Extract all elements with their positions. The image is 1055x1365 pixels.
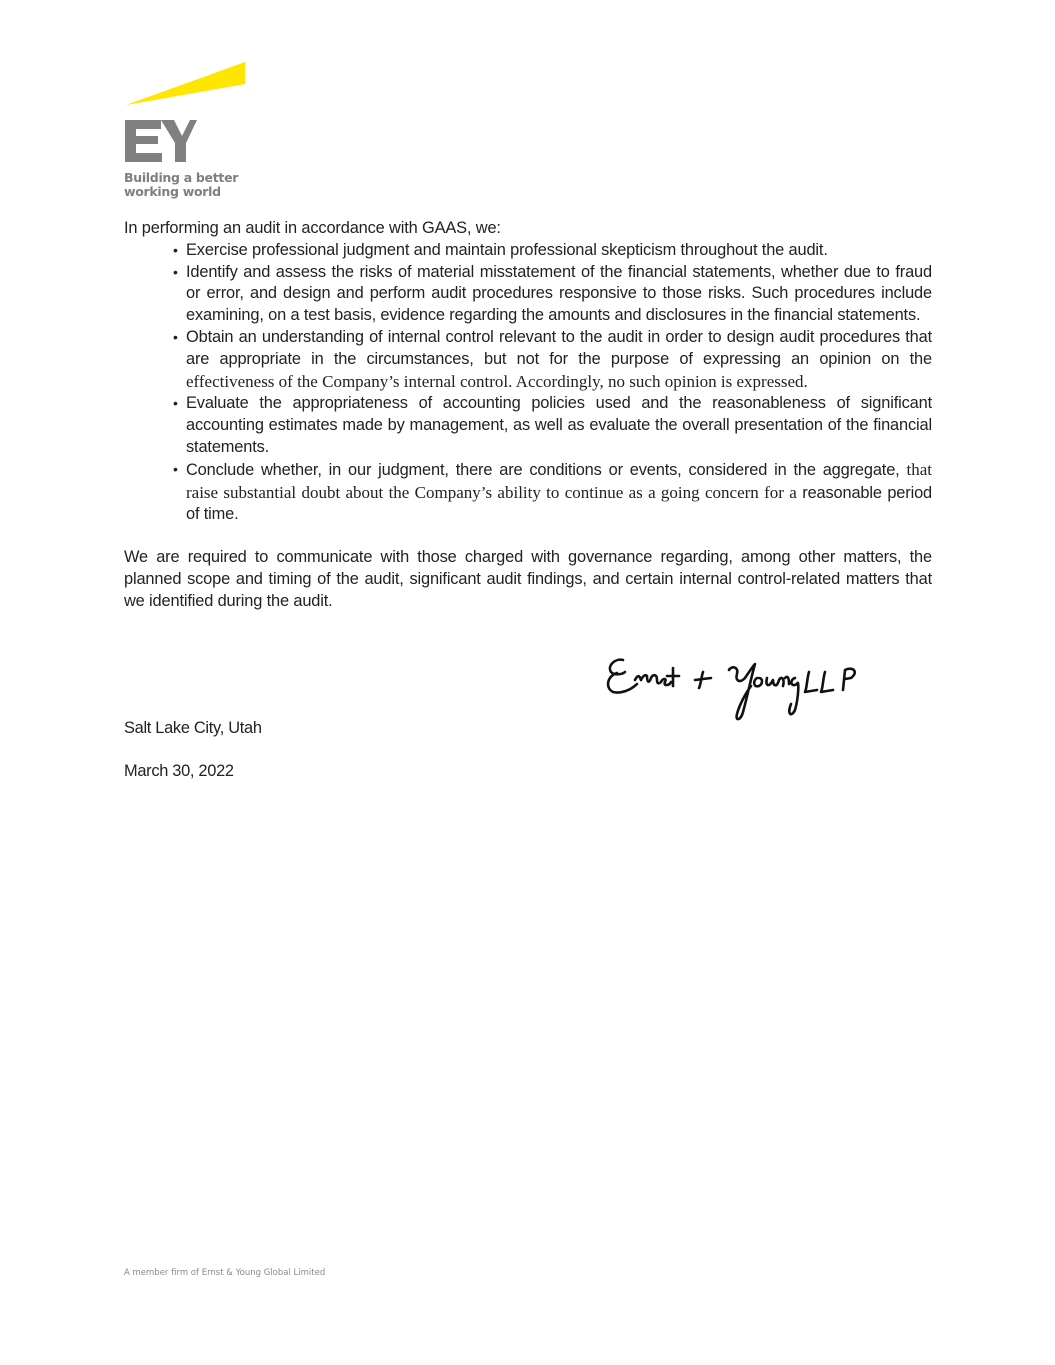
audit-procedures-list: Exercise professional judgment and maint… <box>124 240 932 526</box>
list-item-text: Evaluate the appropriateness of accounti… <box>186 394 932 456</box>
list-item: Evaluate the appropriateness of accounti… <box>186 393 932 458</box>
report-date: March 30, 2022 <box>124 762 234 781</box>
intro-text: In performing an audit in accordance wit… <box>124 218 932 240</box>
tagline-line-2: working world <box>124 185 238 199</box>
list-item-text: Identify and assess the risks of materia… <box>186 263 932 325</box>
closing-paragraph: We are required to communicate with thos… <box>124 547 932 612</box>
list-item: Obtain an understanding of internal cont… <box>186 327 932 393</box>
list-item: Identify and assess the risks of materia… <box>186 262 932 327</box>
list-item: Exercise professional judgment and maint… <box>186 240 932 262</box>
signature-icon <box>603 648 883 730</box>
ey-logo-icon <box>124 60 254 170</box>
location: Salt Lake City, Utah <box>124 719 262 738</box>
list-item-text-serif: effectiveness of the Company’s internal … <box>186 372 808 391</box>
list-item-text: Conclude whether, in our judgment, there… <box>186 461 907 479</box>
list-item-text: Obtain an understanding of internal cont… <box>186 328 932 368</box>
report-body: In performing an audit in accordance wit… <box>124 218 932 613</box>
signature <box>603 648 883 730</box>
brand-tagline: Building a better working world <box>124 171 238 199</box>
footer-text: A member firm of Ernst & Young Global Li… <box>124 1268 325 1278</box>
list-item: Conclude whether, in our judgment, there… <box>186 459 932 526</box>
list-item-text: Exercise professional judgment and maint… <box>186 241 828 259</box>
tagline-line-1: Building a better <box>124 171 238 185</box>
